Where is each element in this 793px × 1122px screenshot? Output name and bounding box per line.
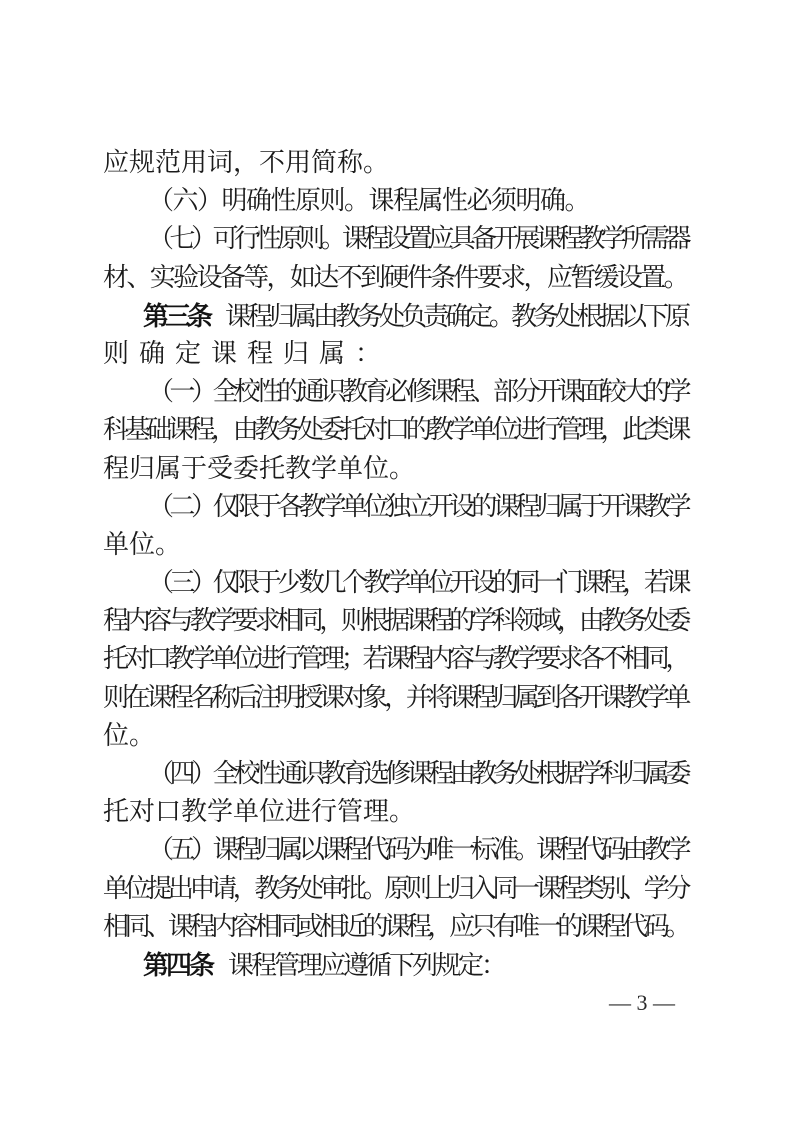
line-content: 托对口教学单位进行管理。 <box>103 797 415 826</box>
line-content: （三）仅限于少数几个教学单位开设的同一门课程，若课 <box>148 568 687 597</box>
line-content: （四）全校性通识教育选修课程由教务处根据学科归属委 <box>148 759 687 788</box>
text-line: 相同、课程内容相同或相近的课程，应只有唯一的课程代码。 <box>103 908 687 946</box>
text-line: 程内容与教学要求相同，则根据课程的学科领域，由教务处委 <box>103 602 687 640</box>
line-content: 程内容与教学要求相同，则根据课程的学科领域，由教务处委 <box>103 606 687 635</box>
line-content: 单位。 <box>103 530 181 559</box>
line-text: （四）全校性通识教育选修课程由教务处根据学科归属委 <box>148 759 687 788</box>
line-content: 科基础课程，由教务处委托对口的教学单位进行管理，此类课 <box>103 415 687 444</box>
line-text: 程内容与教学要求相同，则根据课程的学科领域，由教务处委 <box>103 606 687 635</box>
text-line: 第四条课程管理应遵循下列规定： <box>103 946 687 984</box>
text-line: （三）仅限于少数几个教学单位开设的同一门课程，若课 <box>103 564 687 602</box>
text-line: 单位提出申请，教务处审批。原则上归入同一课程类别、学分 <box>103 870 687 908</box>
line-content: 应规范用词，不用简称。 <box>103 148 389 177</box>
text-line: （四）全校性通识教育选修课程由教务处根据学科归属委 <box>103 755 687 793</box>
line-text: 则在课程名称后注明授课对象，并将课程归属到各开课教学单 <box>103 683 687 712</box>
text-line: 应规范用词，不用简称。 <box>103 144 687 182</box>
line-text: 位。 <box>103 721 155 750</box>
line-text: 则确定课程归属： <box>103 339 391 368</box>
line-content: 第三条课程归属由教务处负责确定。教务处根据以下原 <box>143 302 687 331</box>
page-number: — 3 — <box>103 990 687 1016</box>
line-text: （五）课程归属以课程代码为唯一标准。课程代码由教学 <box>148 835 687 864</box>
line-content: 程归属于受委托教学单位。 <box>103 454 415 483</box>
line-text: （一）全校性的通识教育必修课程、部分开课面较大的学 <box>148 377 687 406</box>
line-text: 托对口教学单位进行管理。 <box>103 797 415 826</box>
line-content: （六）明确性原则。课程属性必须明确。 <box>148 186 589 215</box>
line-text: 单位提出申请，教务处审批。原则上归入同一课程类别、学分 <box>103 874 687 903</box>
text-line: （一）全校性的通识教育必修课程、部分开课面较大的学 <box>103 373 687 411</box>
line-text: （三）仅限于少数几个教学单位开设的同一门课程，若课 <box>148 568 687 597</box>
document-page: 应规范用词，不用简称。（六）明确性原则。课程属性必须明确。（七）可行性原则。课程… <box>0 0 793 1122</box>
text-line: 材、实验设备等，如达不到硬件条件要求，应暂缓设置。 <box>103 259 687 297</box>
line-text: 课程归属由教务处负责确定。教务处根据以下原 <box>225 302 687 331</box>
line-text: （二）仅限于各教学单位独立开设的课程归属于开课教学 <box>148 492 687 521</box>
line-content: （五）课程归属以课程代码为唯一标准。课程代码由教学 <box>148 835 687 864</box>
text-line: 则确定课程归属： <box>103 335 687 373</box>
line-content: （二）仅限于各教学单位独立开设的课程归属于开课教学 <box>148 492 687 521</box>
line-text: 材、实验设备等，如达不到硬件条件要求，应暂缓设置。 <box>103 263 687 292</box>
line-content: 第四条课程管理应遵循下列规定： <box>143 951 504 980</box>
text-line: （二）仅限于各教学单位独立开设的课程归属于开课教学 <box>103 488 687 526</box>
line-content: （一）全校性的通识教育必修课程、部分开课面较大的学 <box>148 377 687 406</box>
text-line: （六）明确性原则。课程属性必须明确。 <box>103 182 687 220</box>
line-text: 程归属于受委托教学单位。 <box>103 454 415 483</box>
line-text: 单位。 <box>103 530 181 559</box>
text-line: 托对口教学单位进行管理。 <box>103 793 687 831</box>
line-text: 应规范用词，不用简称。 <box>103 148 389 177</box>
text-line: 位。 <box>103 717 687 755</box>
text-line: 程归属于受委托教学单位。 <box>103 450 687 488</box>
text-line: （七）可行性原则。课程设置应具备开展课程教学所需器 <box>103 220 687 258</box>
line-content: 托对口教学单位进行管理；若课程内容与教学要求各不相同， <box>103 644 687 673</box>
line-content: 相同、课程内容相同或相近的课程，应只有唯一的课程代码。 <box>103 912 687 941</box>
line-text: 科基础课程，由教务处委托对口的教学单位进行管理，此类课 <box>103 415 687 444</box>
text-line: 托对口教学单位进行管理；若课程内容与教学要求各不相同， <box>103 640 687 678</box>
text-line: 科基础课程，由教务处委托对口的教学单位进行管理，此类课 <box>103 411 687 449</box>
line-text: （六）明确性原则。课程属性必须明确。 <box>148 186 589 215</box>
article-heading: 第三条 <box>143 301 209 331</box>
line-content: 则确定课程归属： <box>103 339 391 368</box>
line-content: 材、实验设备等，如达不到硬件条件要求，应暂缓设置。 <box>103 263 687 292</box>
article-heading: 第四条 <box>143 950 212 980</box>
line-content: 则在课程名称后注明授课对象，并将课程归属到各开课教学单 <box>103 683 687 712</box>
text-line: （五）课程归属以课程代码为唯一标准。课程代码由教学 <box>103 831 687 869</box>
text-line: 第三条课程归属由教务处负责确定。教务处根据以下原 <box>103 297 687 335</box>
document-body: 应规范用词，不用简称。（六）明确性原则。课程属性必须明确。（七）可行性原则。课程… <box>103 144 687 984</box>
line-text: （七）可行性原则。课程设置应具备开展课程教学所需器 <box>148 224 687 253</box>
text-line: 单位。 <box>103 526 687 564</box>
line-text: 相同、课程内容相同或相近的课程，应只有唯一的课程代码。 <box>103 912 687 941</box>
line-content: （七）可行性原则。课程设置应具备开展课程教学所需器 <box>148 224 687 253</box>
text-line: 则在课程名称后注明授课对象，并将课程归属到各开课教学单 <box>103 679 687 717</box>
line-content: 位。 <box>103 721 155 750</box>
line-text: 托对口教学单位进行管理；若课程内容与教学要求各不相同， <box>103 644 687 673</box>
line-content: 单位提出申请，教务处审批。原则上归入同一课程类别、学分 <box>103 874 687 903</box>
line-text: 课程管理应遵循下列规定： <box>228 951 504 980</box>
